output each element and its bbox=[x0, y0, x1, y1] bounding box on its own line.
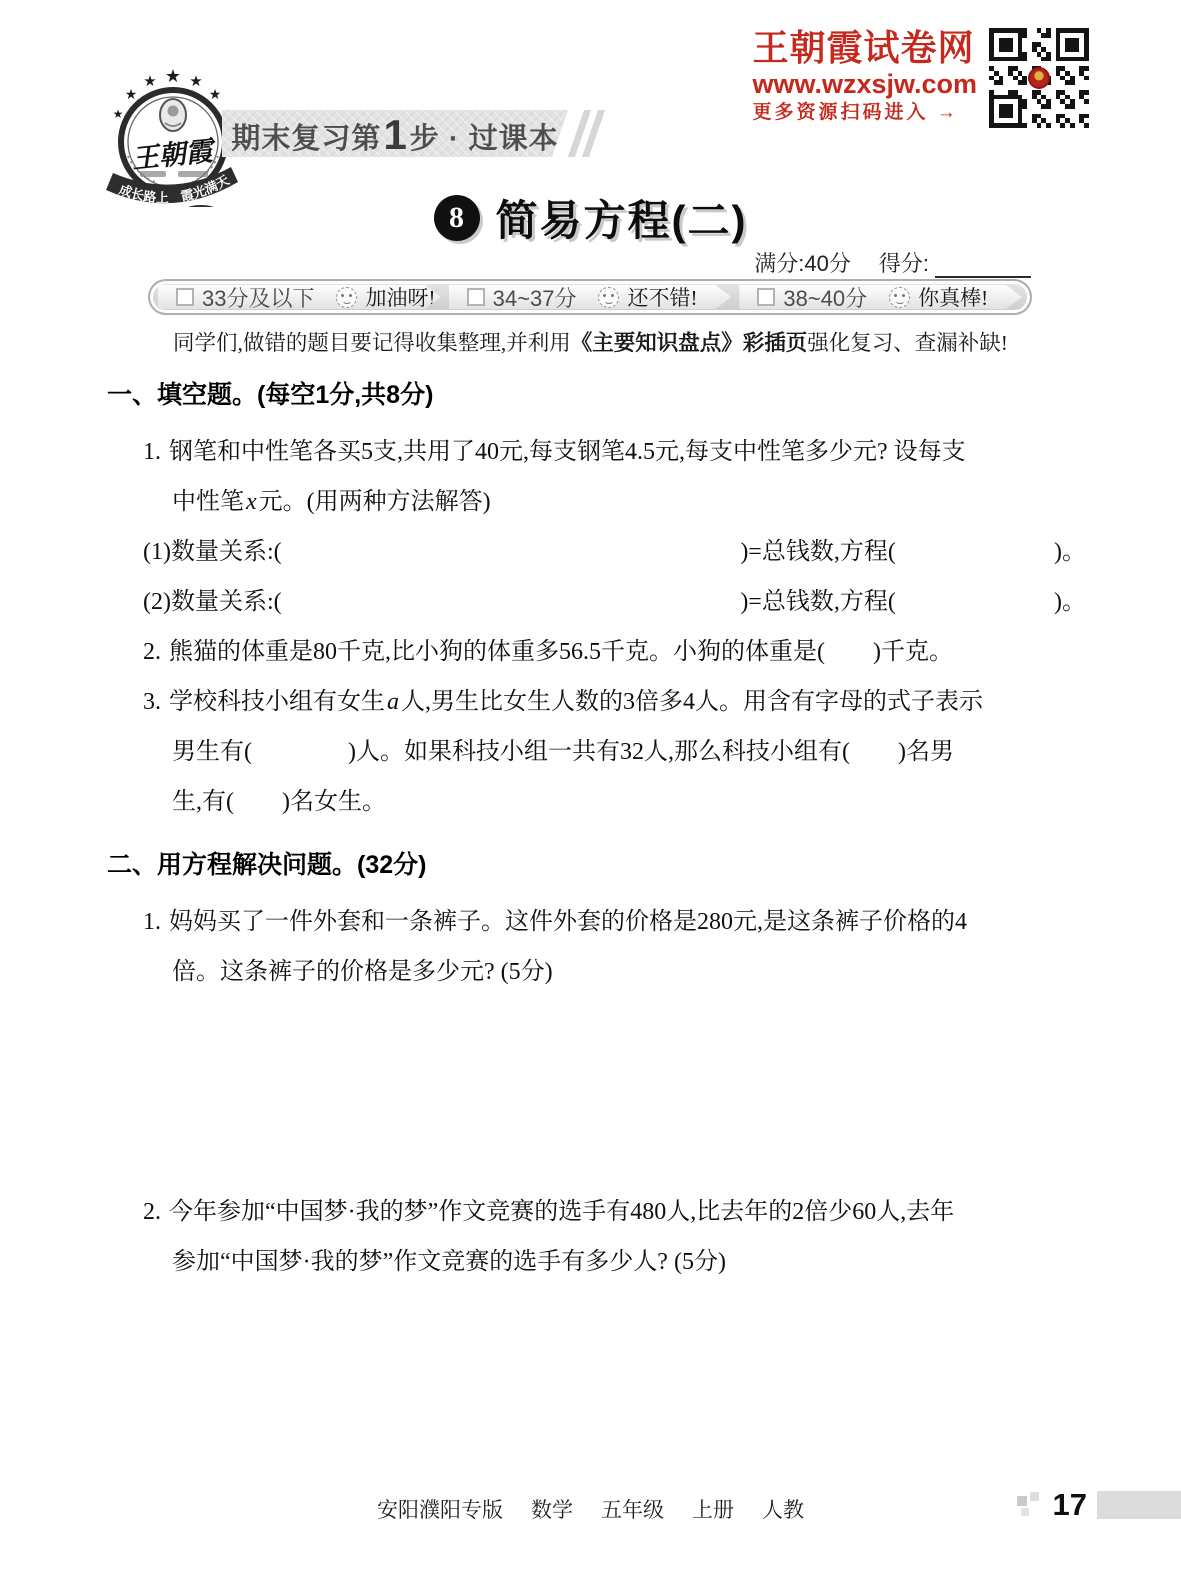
face-icon bbox=[336, 287, 357, 308]
page-title: 8 简易方程(二) bbox=[0, 188, 1181, 248]
step-banner-text: 期末复习第1步 · 过课本 bbox=[231, 110, 558, 158]
footer-end-bar bbox=[1097, 1491, 1181, 1519]
rating-checkbox-low[interactable] bbox=[176, 288, 194, 306]
working-space bbox=[107, 997, 1086, 1187]
qr-code bbox=[989, 28, 1089, 128]
footer: 安阳濮阳专版数学五年级上册人教 17 bbox=[0, 1490, 1181, 1524]
blank-mid: )=总钱数,方程( bbox=[740, 577, 896, 627]
footer-edition: 安阳濮阳专版 bbox=[377, 1498, 503, 1522]
face-icon bbox=[889, 287, 910, 308]
rating-segment-mid: 34~37分 还不错! bbox=[449, 285, 732, 309]
site-url: www.wzxsjw.com bbox=[752, 68, 977, 100]
blank-mid: )=总钱数,方程( bbox=[740, 527, 896, 577]
got-score-label: 得分: bbox=[879, 247, 929, 278]
s1-q3-line3: 生,有( )名女生。 bbox=[107, 777, 1086, 827]
s2-q2-line2: 参加“中国梦·我的梦”作文竞赛的选手有多少人? (5分) bbox=[107, 1237, 1086, 1287]
s1-q1-line2: 中性笔x元。(用两种方法解答) bbox=[107, 477, 1086, 527]
section1-heading: 一、填空题。(每空1分,共8分) bbox=[107, 375, 1086, 415]
rating-remark-high: 你真棒! bbox=[918, 282, 988, 312]
q-text: 元。(用两种方法解答) bbox=[259, 489, 491, 515]
s1-q2-line1: 2.熊猫的体重是80千克,比小狗的体重多56.5千克。小狗的体重是( )千克。 bbox=[107, 627, 1086, 677]
rating-checkbox-mid[interactable] bbox=[467, 288, 485, 306]
variable-a: a bbox=[385, 689, 401, 715]
footer-publisher: 人教 bbox=[762, 1498, 804, 1522]
pixel-squares-decoration bbox=[1017, 1492, 1047, 1518]
blank-end: )。 bbox=[1054, 577, 1086, 627]
rating-remark-mid: 还不错! bbox=[627, 282, 697, 312]
page-number-block: 17 bbox=[1017, 1490, 1181, 1520]
q-number: 1. bbox=[143, 909, 169, 935]
svg-text:★: ★ bbox=[209, 87, 222, 103]
full-marks-label: 满分:40分 bbox=[754, 247, 851, 278]
rating-range-low: 33分及以下 bbox=[202, 282, 314, 313]
footer-book-info: 安阳濮阳专版数学五年级上册人教 bbox=[0, 1494, 1181, 1524]
rating-segment-high: 38~40分 你真棒! bbox=[739, 285, 1022, 309]
footer-volume: 上册 bbox=[692, 1498, 734, 1522]
svg-text:★: ★ bbox=[113, 107, 124, 121]
site-name: 王朝霞试卷网 bbox=[752, 28, 974, 68]
notice-pre: 同学们,做错的题目要记得收集整理,并利用 bbox=[173, 331, 571, 355]
q-text: 熊猫的体重是80千克,比小狗的体重多56.5千克。小狗的体重是( )千克。 bbox=[169, 639, 953, 665]
section2-heading: 二、用方程解决问题。(32分) bbox=[107, 845, 1086, 885]
svg-text:★: ★ bbox=[165, 66, 181, 87]
rating-band: 33分及以下 加油呀! 34~37分 还不错! 38~40分 你真棒! bbox=[148, 279, 1032, 315]
svg-text:★: ★ bbox=[125, 87, 138, 103]
q-number: 1. bbox=[143, 439, 169, 465]
lesson-title: 简易方程(二) bbox=[496, 188, 748, 248]
score-blank-line bbox=[935, 252, 1031, 278]
s2-q1-line2: 倍。这条裤子的价格是多少元? (5分) bbox=[107, 947, 1086, 997]
footer-subject: 数学 bbox=[531, 1498, 573, 1522]
rating-segment-low: 33分及以下 加油呀! bbox=[158, 285, 441, 309]
banner-suffix: 步 · 过课本 bbox=[410, 123, 559, 155]
blank-pre: (2)数量关系:( bbox=[143, 577, 282, 627]
q-text: 钢笔和中性笔各买5支,共用了40元,每支钢笔4.5元,每支中性笔多少元? 设每支 bbox=[169, 439, 966, 465]
s1-q1-blank2: (2)数量关系:( )=总钱数,方程( )。 bbox=[107, 577, 1086, 627]
blank-end: )。 bbox=[1054, 527, 1086, 577]
q-number: 2. bbox=[143, 1199, 169, 1225]
qr-caption: 更多资源扫码进入 → bbox=[752, 100, 958, 126]
q-text: 学校科技小组有女生 bbox=[169, 689, 385, 715]
rating-checkbox-high[interactable] bbox=[757, 288, 775, 306]
score-line: 满分:40分 得分: bbox=[754, 247, 1031, 278]
banner-step-number: 1 bbox=[381, 111, 409, 158]
page-number: 17 bbox=[1053, 1490, 1087, 1520]
svg-text:★: ★ bbox=[143, 72, 156, 90]
worksheet-page: 王朝霞试卷网 www.wzxsjw.com 更多资源扫码进入 → ★ ★ ★ ★… bbox=[0, 0, 1181, 1582]
lesson-number-badge: 8 bbox=[434, 195, 480, 241]
rating-range-high: 38~40分 bbox=[783, 282, 867, 313]
q-text: 妈妈买了一件外套和一条裤子。这件外套的价格是280元,是这条裤子价格的4 bbox=[169, 909, 967, 935]
main-content: 一、填空题。(每空1分,共8分) 1.钢笔和中性笔各买5支,共用了40元,每支钢… bbox=[0, 375, 1181, 1287]
face-icon bbox=[598, 287, 619, 308]
blank-pre: (1)数量关系:( bbox=[143, 527, 282, 577]
q-number: 2. bbox=[143, 639, 169, 665]
s1-q1-line1: 1.钢笔和中性笔各买5支,共用了40元,每支钢笔4.5元,每支中性笔多少元? 设… bbox=[107, 427, 1086, 477]
notice-bold: 《主要知识盘点》彩插页 bbox=[571, 331, 808, 355]
q-text: 人,男生比女生人数的3倍多4人。用含有字母的式子表示 bbox=[401, 689, 983, 715]
q-text: 中性笔 bbox=[172, 489, 244, 515]
brand-text: 王朝霞试卷网 www.wzxsjw.com 更多资源扫码进入 → bbox=[752, 28, 977, 126]
rating-remark-low: 加油呀! bbox=[365, 282, 435, 312]
brand-block: 王朝霞试卷网 www.wzxsjw.com 更多资源扫码进入 → bbox=[752, 28, 1089, 128]
s1-q3-line2: 男生有( )人。如果科技小组一共有32人,那么科技小组有( )名男 bbox=[107, 727, 1086, 777]
notice-post: 强化复习、查漏补缺! bbox=[807, 331, 1008, 355]
q-number: 3. bbox=[143, 689, 169, 715]
step-banner: 期末复习第1步 · 过课本 bbox=[222, 110, 568, 157]
q-text: 今年参加“中国梦·我的梦”作文竞赛的选手有480人,比去年的2倍少60人,去年 bbox=[169, 1199, 954, 1225]
rating-range-mid: 34~37分 bbox=[493, 282, 577, 313]
banner-prefix: 期末复习第 bbox=[231, 123, 381, 155]
s2-q1-line1: 1.妈妈买了一件外套和一条裤子。这件外套的价格是280元,是这条裤子价格的4 bbox=[107, 897, 1086, 947]
notice-line: 同学们,做错的题目要记得收集整理,并利用《主要知识盘点》彩插页强化复习、查漏补缺… bbox=[0, 326, 1181, 357]
footer-grade: 五年级 bbox=[601, 1498, 664, 1522]
s1-q1-blank1: (1)数量关系:( )=总钱数,方程( )。 bbox=[107, 527, 1086, 577]
svg-text:★: ★ bbox=[189, 72, 202, 90]
s2-q2-line1: 2.今年参加“中国梦·我的梦”作文竞赛的选手有480人,比去年的2倍少60人,去… bbox=[107, 1187, 1086, 1237]
variable-x: x bbox=[244, 489, 259, 515]
s1-q3-line1: 3.学校科技小组有女生a人,男生比女生人数的3倍多4人。用含有字母的式子表示 bbox=[107, 677, 1086, 727]
